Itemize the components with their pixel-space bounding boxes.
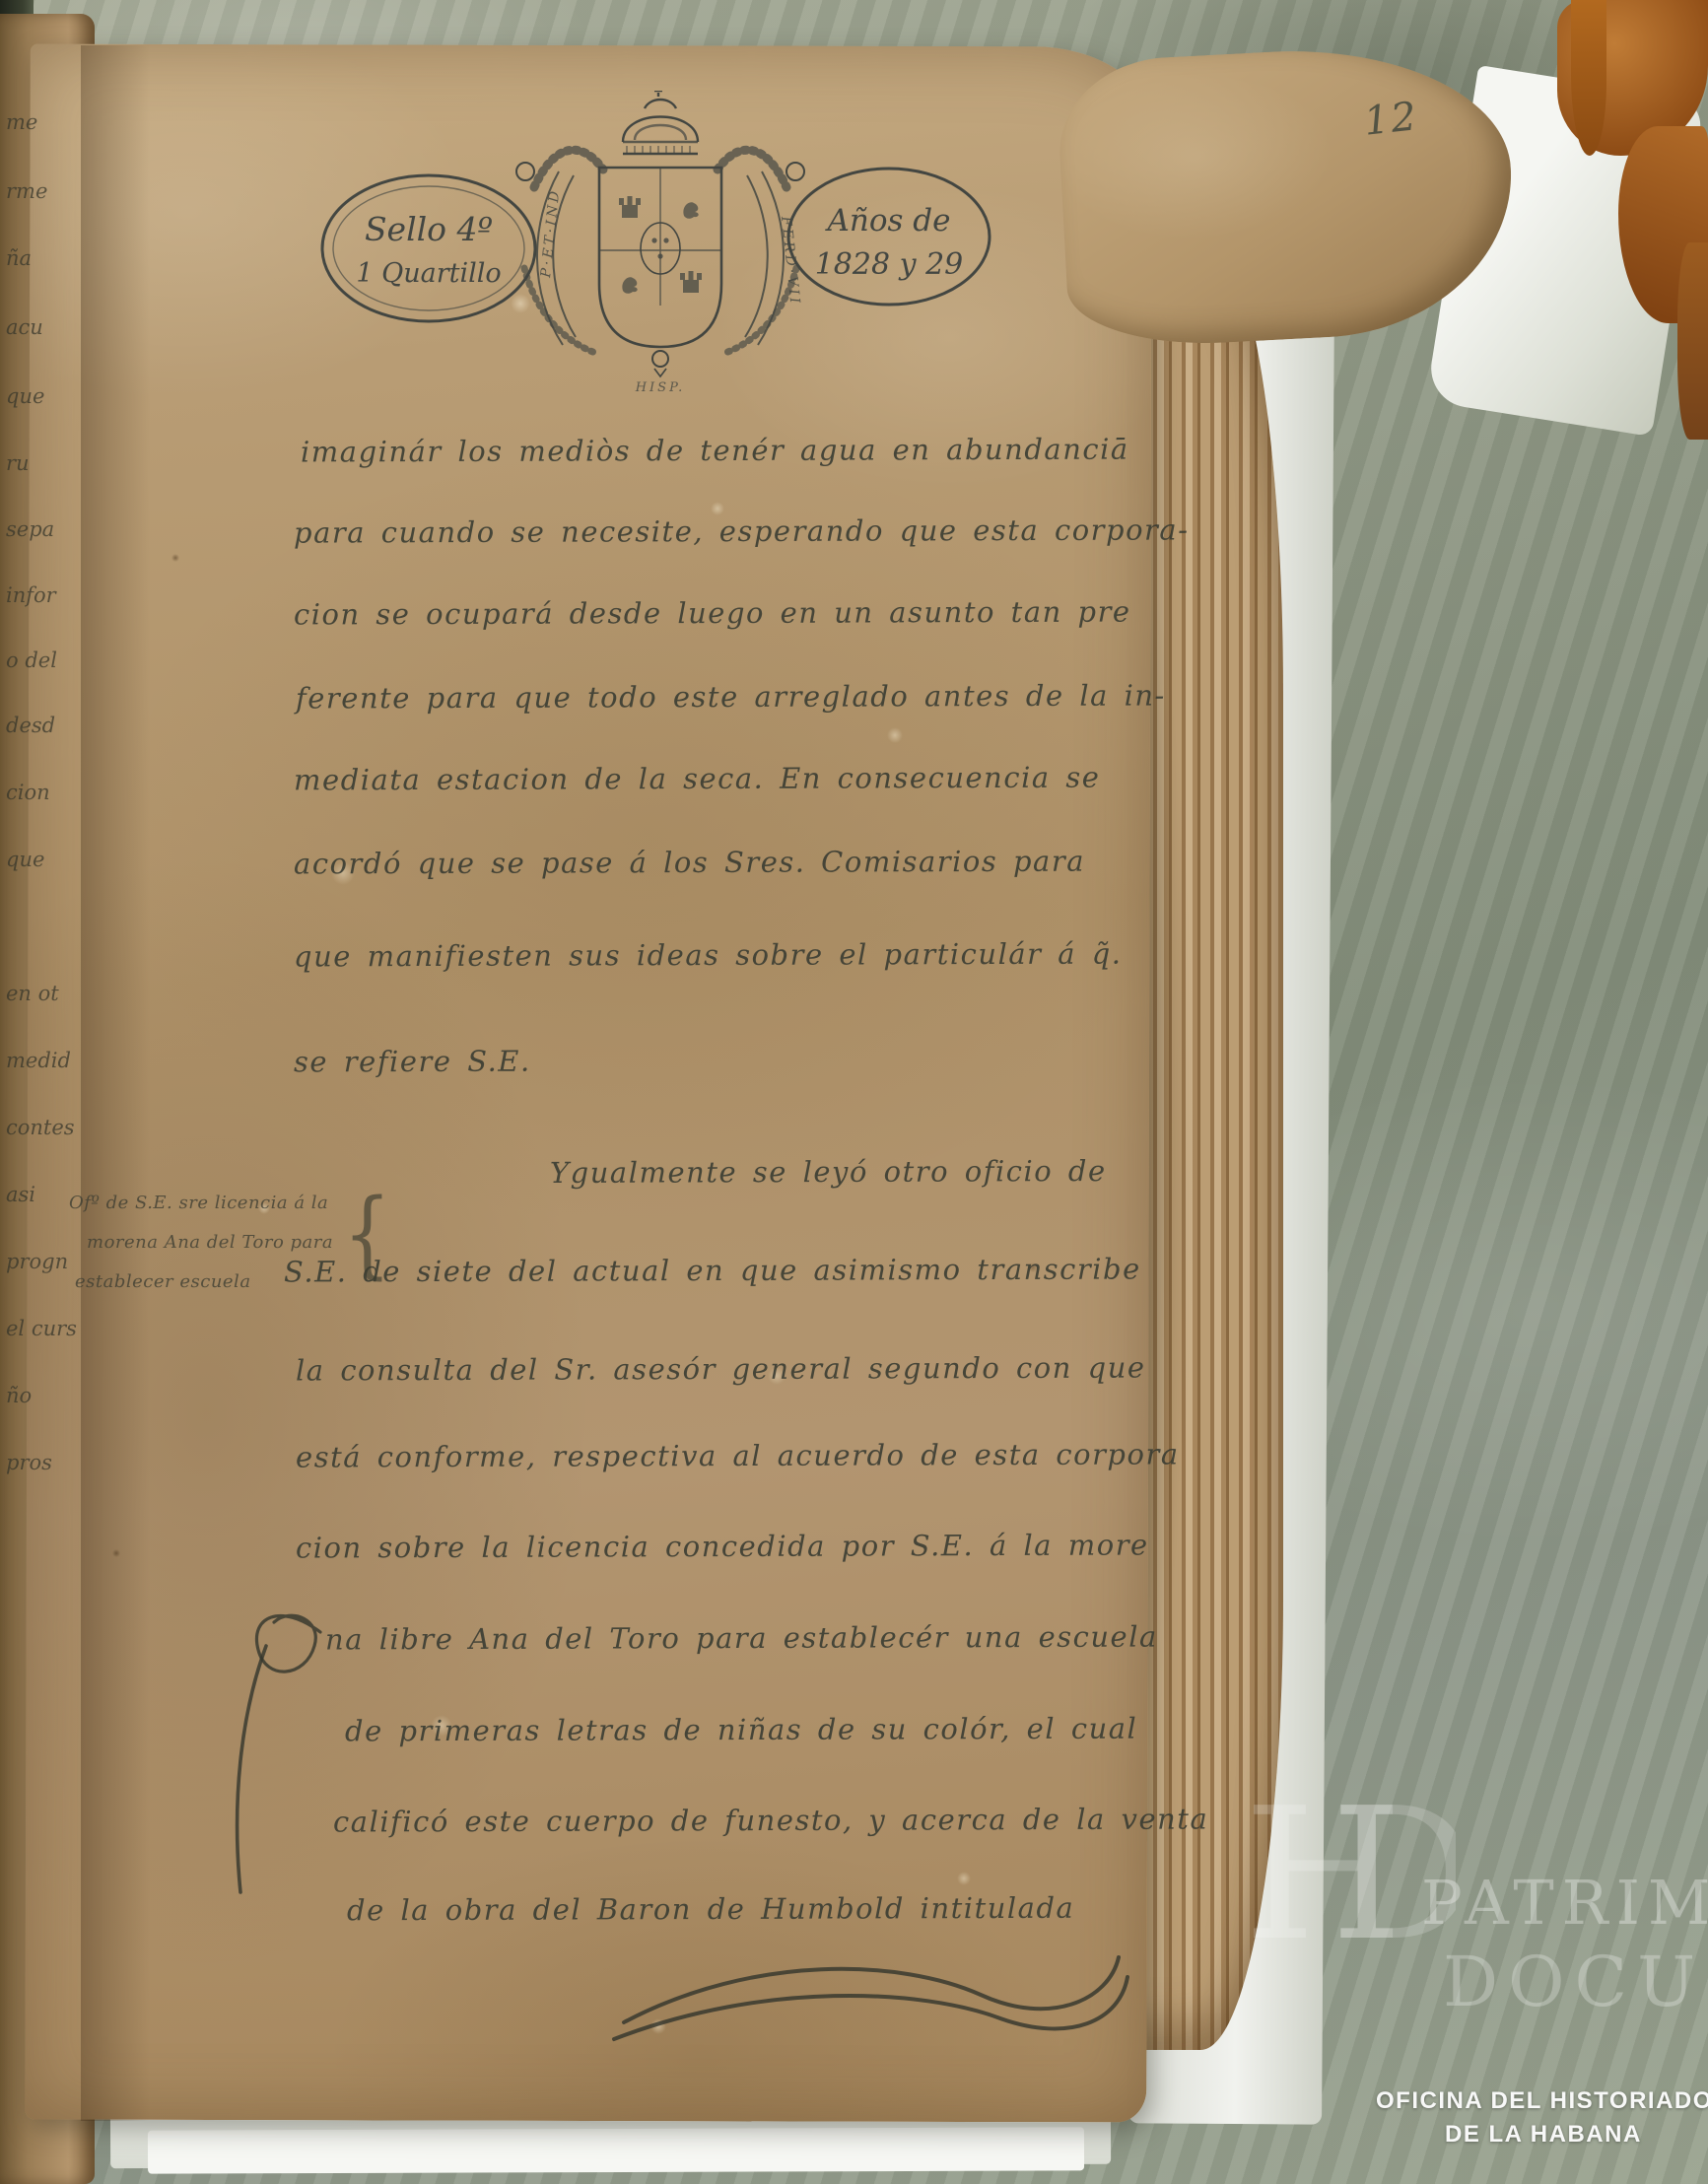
- watermark-documental: DOCUMENTAL: [1443, 1942, 1708, 2022]
- fleece-pendant: [652, 351, 668, 376]
- spanish-coat-of-arms: [599, 168, 721, 347]
- watermark-office-line2: DE LA HABANA: [1445, 2121, 1642, 2149]
- folio-number: 12: [1362, 94, 1420, 144]
- stamp-years-text: 1828 y 29: [815, 247, 964, 282]
- crown-icon: [623, 91, 698, 154]
- white-sheet-bottom-bright: [148, 2127, 1084, 2173]
- margin-note-brace: {: [343, 1179, 391, 1289]
- ribbon-text-bottom: HISP.: [635, 380, 686, 395]
- watermark-patrimonio: PATRIMONIO: [1421, 1867, 1708, 1939]
- pen-flourish-paragraph: [197, 1595, 394, 1910]
- manuscript-scan: Sello 4º 1 Quartillo Años de 1828 y 29: [0, 0, 1708, 2184]
- pen-flourish-swirl: [606, 1938, 1138, 2051]
- revenue-stamp-seal: Sello 4º 1 Quartillo Años de 1828 y 29: [237, 91, 1035, 401]
- ribbon-text-left: P·ET·IND: [538, 187, 564, 279]
- stamp-right-oval: Años de 1828 y 29: [788, 169, 990, 305]
- stamp-left-oval: Sello 4º 1 Quartillo: [322, 175, 535, 321]
- stamp-anos-text: Años de: [825, 203, 951, 239]
- leather-patch: [1571, 0, 1606, 156]
- stamp-cuartillo-text: 1 Quartillo: [356, 258, 501, 289]
- watermark-office-line1: OFICINA DEL HISTORIADOR: [1376, 2087, 1708, 2115]
- stamp-sello-text: Sello 4º: [365, 210, 493, 248]
- leather-patch: [1677, 242, 1708, 440]
